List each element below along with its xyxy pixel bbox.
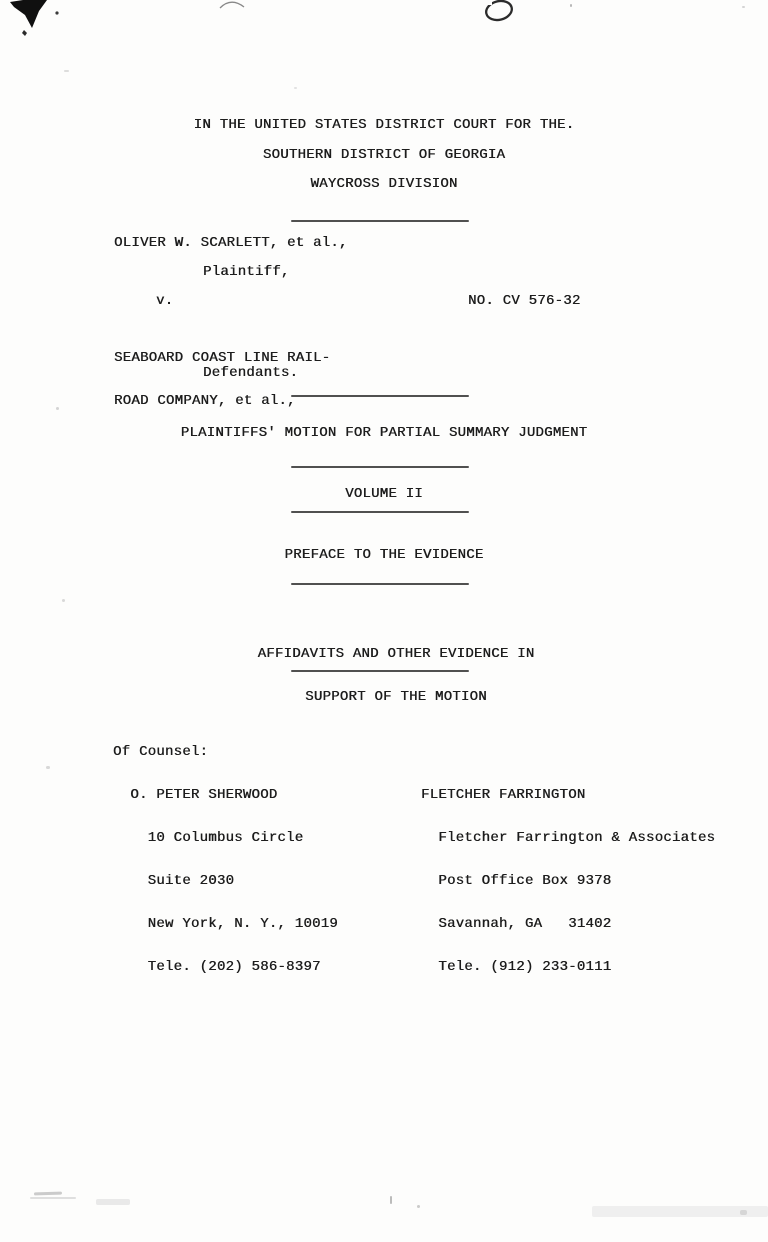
pen-arc-artifact <box>219 0 247 11</box>
caption-plaintiff-name: OLIVER W. SCARLETT, et al., <box>114 236 348 250</box>
divider-rule-4 <box>291 511 469 513</box>
scan-speck <box>62 599 65 602</box>
caption-case-number: NO. CV 576-32 <box>468 294 580 308</box>
divider-rule-6 <box>291 670 469 672</box>
counsel-right-name: FLETCHER FARRINGTON <box>421 788 715 802</box>
scan-speck <box>570 4 572 7</box>
counsel-right-firm: Fletcher Farrington & Associates <box>421 831 715 845</box>
divider-rule-5 <box>291 583 469 585</box>
scanned-page: IN THE UNITED STATES DISTRICT COURT FOR … <box>0 0 768 1242</box>
caption-defendant-designation: Defendants. <box>203 366 298 380</box>
volume-label: VOLUME II <box>0 487 768 501</box>
counsel-left-name: O. PETER SHERWOOD <box>113 788 338 802</box>
scan-smudge <box>417 1205 420 1208</box>
scan-speck <box>64 70 69 72</box>
scan-smudge <box>30 1197 76 1199</box>
counsel-left-column: O. PETER SHERWOOD 10 Columbus Circle Sui… <box>113 759 338 1003</box>
motion-title: PLAINTIFFS' MOTION FOR PARTIAL SUMMARY J… <box>0 426 768 440</box>
preface-label: PREFACE TO THE EVIDENCE <box>0 548 768 562</box>
pen-circle-artifact <box>482 0 520 26</box>
scan-speck <box>46 766 50 769</box>
caption-defendant-line-1: SEABOARD COAST LINE RAIL- <box>114 351 330 365</box>
counsel-right-address-2: Savannah, GA 31402 <box>421 917 715 931</box>
scan-smudge <box>740 1210 747 1215</box>
caption-plaintiff-designation: Plaintiff, <box>203 265 290 279</box>
counsel-left-phone: Tele. (202) 586-8397 <box>113 960 338 974</box>
counsel-left-address-1: 10 Columbus Circle <box>113 831 338 845</box>
divider-rule-2 <box>291 395 469 397</box>
scan-smudge <box>34 1192 62 1196</box>
court-header-line-2: SOUTHERN DISTRICT OF GEORGIA <box>0 148 768 162</box>
counsel-right-phone: Tele. (912) 233-0111 <box>421 960 715 974</box>
scan-smudge <box>390 1196 392 1204</box>
evidence-title: AFFIDAVITS AND OTHER EVIDENCE IN SUPPORT… <box>12 618 768 733</box>
counsel-left-address-3: New York, N. Y., 10019 <box>113 917 338 931</box>
divider-rule-1 <box>291 220 469 222</box>
divider-rule-3 <box>291 466 469 468</box>
scan-speck <box>742 6 745 8</box>
evidence-title-line-1: AFFIDAVITS AND OTHER EVIDENCE IN <box>12 647 768 661</box>
ink-blob-artifact <box>6 0 64 40</box>
counsel-right-address-1: Post Office Box 9378 <box>421 874 715 888</box>
court-header-line-1: IN THE UNITED STATES DISTRICT COURT FOR … <box>0 118 768 132</box>
counsel-left-address-2: Suite 2030 <box>113 874 338 888</box>
scan-smudge <box>96 1199 130 1205</box>
court-header-line-3: WAYCROSS DIVISION <box>0 177 768 191</box>
scan-speck <box>56 407 59 410</box>
scan-speck <box>294 87 297 89</box>
of-counsel-label: Of Counsel: <box>113 745 208 759</box>
counsel-right-column: FLETCHER FARRINGTON Fletcher Farrington … <box>421 759 715 1003</box>
caption-versus: v. <box>156 294 173 308</box>
evidence-title-line-2: SUPPORT OF THE MOTION <box>12 690 768 704</box>
